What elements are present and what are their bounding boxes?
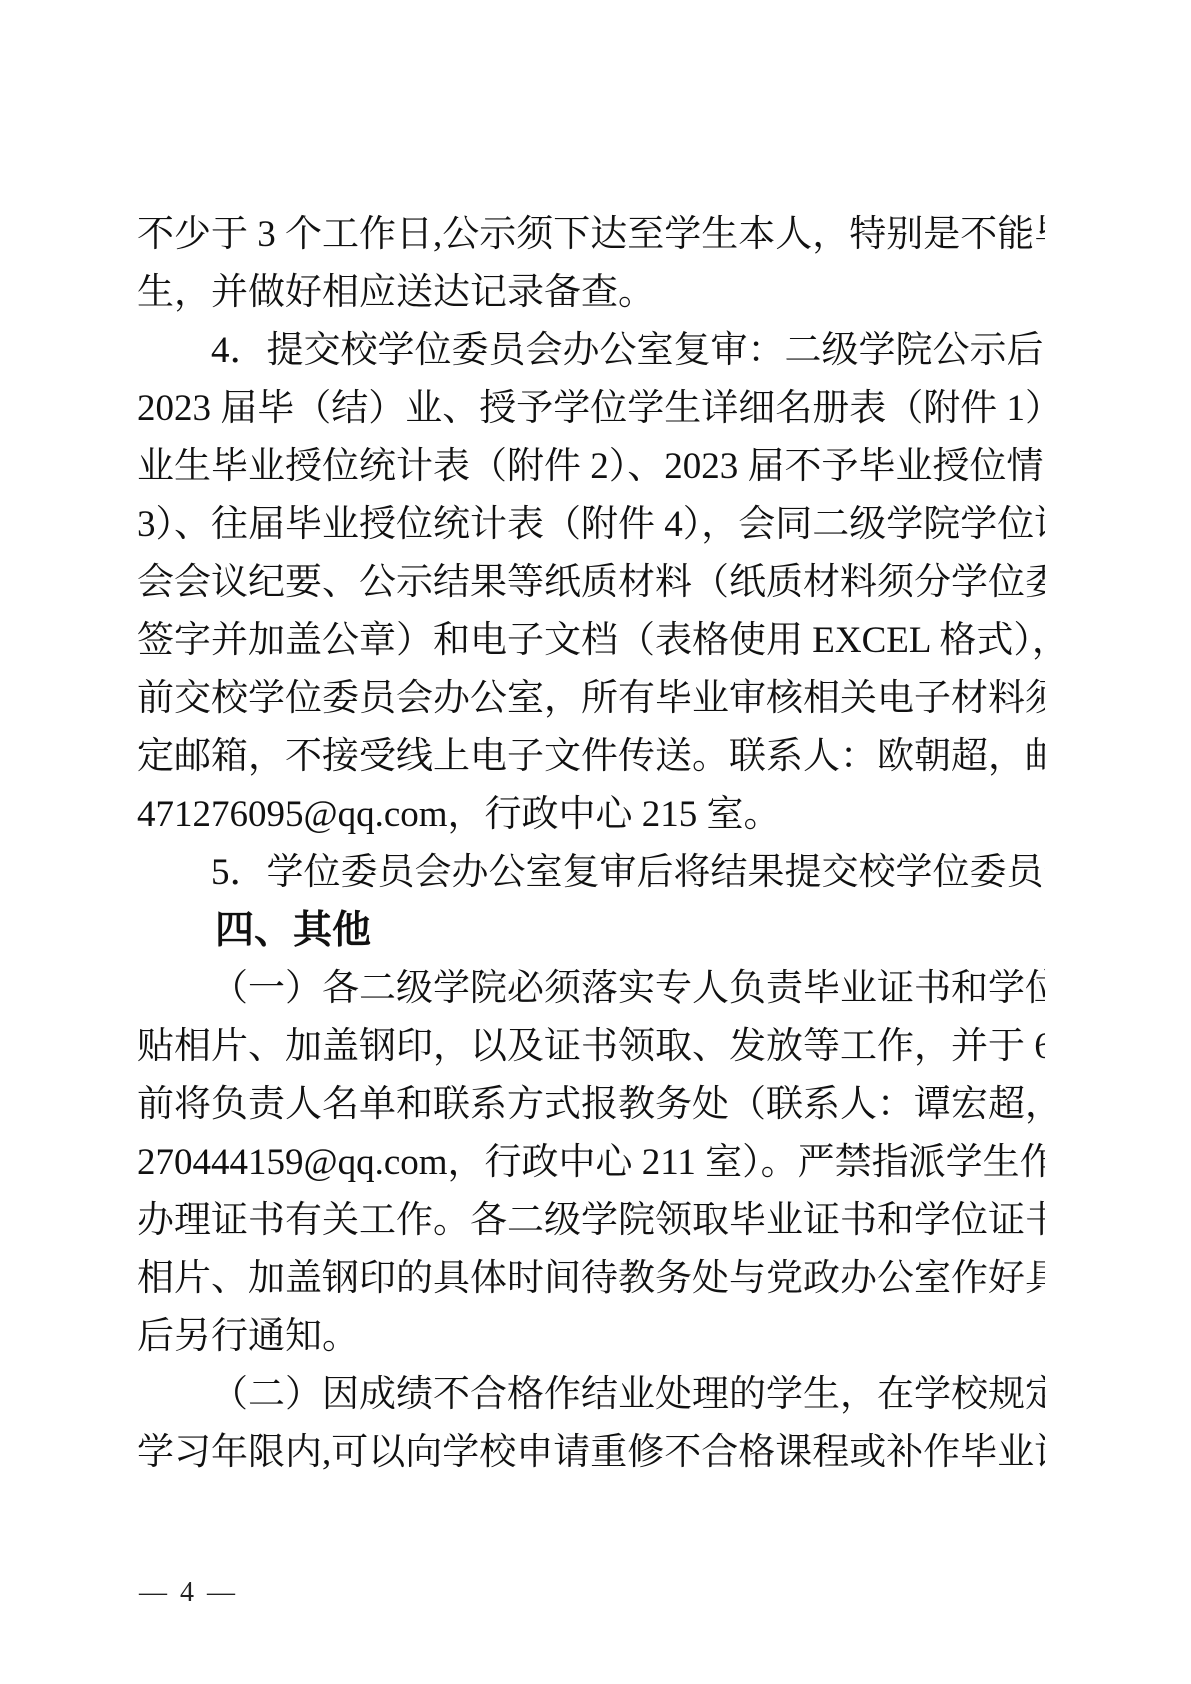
page-number: — 4 — (139, 1576, 238, 1610)
section-heading: 四、其他 (137, 902, 1045, 960)
text-line: 业生毕业授位统计表（附件 2）、2023 届不予毕业授位情况表（附件 (137, 438, 1045, 496)
text-line: 不少于 3 个工作日,公示须下达至学生本人，特别是不能毕业授位学 (137, 206, 1045, 264)
text-line: 270444159@qq.com，行政中心 211 室）。严禁指派学生作为负责人 (137, 1134, 1045, 1192)
text-line: 前交校学位委员会办公室，所有毕业审核相关电子材料须发送至指 (137, 670, 1045, 728)
text-line: 签字并加盖公章）和电子文档（表格使用 EXCEL 格式），于 6 月 7 日 (137, 612, 1045, 670)
text-line: 学习年限内,可以向学校申请重修不合格课程或补作毕业论文（设 (137, 1424, 1045, 1482)
text-line: 办理证书有关工作。各二级学院领取毕业证书和学位证书、张贴 (137, 1192, 1045, 1250)
text-line: 会会议纪要、公示结果等纸质材料（纸质材料须分学位委员会主席 (137, 554, 1045, 612)
text-line: （一）各二级学院必须落实专人负责毕业证书和学位证书张 (137, 960, 1045, 1018)
text-line: 生，并做好相应送达记录备查。 (137, 264, 1045, 322)
text-line: 贴相片、加盖钢印，以及证书领取、发放等工作，并于 6 月 10 日 (137, 1018, 1045, 1076)
text-line: 相片、加盖钢印的具体时间待教务处与党政办公室作好具体安排 (137, 1250, 1045, 1308)
text-line: 5．学位委员会办公室复审后将结果提交校学位委员会审定。 (137, 844, 1045, 902)
text-line: 后另行通知。 (137, 1308, 1045, 1366)
text-line: 定邮箱，不接受线上电子文件传送。联系人：欧朝超，邮箱： (137, 728, 1045, 786)
page-content: 不少于 3 个工作日,公示须下达至学生本人，特别是不能毕业授位学 生，并做好相应… (137, 206, 1045, 1482)
text-line: 2023 届毕（结）业、授予学位学生详细名册表（附件 1）、2023 届毕 (137, 380, 1045, 438)
text-line: 4．提交校学位委员会办公室复审：二级学院公示后，填写好 (137, 322, 1045, 380)
text-line: 前将负责人名单和联系方式报教务处（联系人：谭宏超，邮箱： (137, 1076, 1045, 1134)
text-line: 3）、往届毕业授位统计表（附件 4），会同二级学院学位评定分委员 (137, 496, 1045, 554)
text-line: （二）因成绩不合格作结业处理的学生，在学校规定的最长 (137, 1366, 1045, 1424)
document-page: 不少于 3 个工作日,公示须下达至学生本人，特别是不能毕业授位学 生，并做好相应… (0, 0, 1191, 1684)
text-line: 471276095@qq.com，行政中心 215 室。 (137, 786, 1045, 844)
